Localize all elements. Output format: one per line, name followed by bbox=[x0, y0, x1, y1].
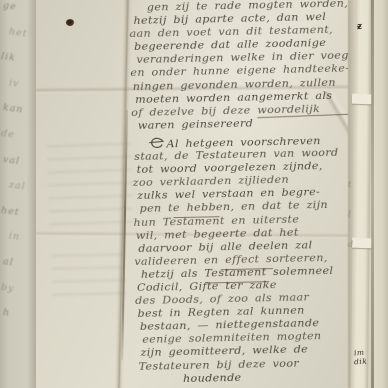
photo-of-handwritten-document: gehetlikivkandevalzalhetinalbyh gen zij … bbox=[0, 0, 388, 388]
handwriting-fragment: t bbox=[348, 180, 356, 210]
handwriting-fragment: het bbox=[0, 205, 37, 235]
paper-strip bbox=[374, 0, 388, 388]
adjacent-page-left: gehetlikivkandevalzalhetinalbyh bbox=[0, 0, 38, 388]
paragraph-2: Al hetgeen voorschreven staat, de Testat… bbox=[134, 133, 374, 387]
handwriting-fragment: dik bbox=[354, 357, 368, 367]
ink-blot bbox=[65, 18, 75, 27]
handwriting-fragment: zal bbox=[7, 180, 38, 209]
handwriting-fragment: h bbox=[1, 307, 38, 337]
handwriting-fragment: al bbox=[1, 256, 38, 286]
left-page-writing-fragments: gehetlikivkandevalzalhetinalbyh bbox=[2, 2, 36, 335]
marginal-marks-bottom: imdik bbox=[354, 348, 367, 366]
handwriting-fragment: d bbox=[348, 240, 356, 270]
handwriting-fragment: ge bbox=[1, 0, 38, 30]
handwriting-fragment: het bbox=[7, 26, 38, 55]
paragraph-2-lines: staat, de Testateuren van woordtot woord… bbox=[134, 146, 374, 387]
paragraph-1: gen zij te rade mogten worden,hetzij bij… bbox=[131, 0, 369, 133]
handwriting-fragment: l bbox=[348, 210, 356, 240]
manuscript-page: gen zij te rade mogten worden,hetzij bij… bbox=[36, 0, 354, 388]
handwritten-text: gen zij te rade mogten worden,hetzij bij… bbox=[131, 0, 374, 387]
ink-bleed-through bbox=[52, 249, 127, 302]
handwriting-fragment: in bbox=[7, 231, 38, 260]
handwriting-fragment: de bbox=[0, 128, 37, 158]
handwriting-fragment: lik bbox=[0, 51, 37, 81]
handwriting-fragment: iv bbox=[7, 77, 38, 106]
ink-bleed-through bbox=[47, 139, 134, 227]
paper-stack-right: tld z imdik bbox=[348, 0, 388, 388]
right-edge-fragments: tld bbox=[348, 180, 356, 270]
handwriting-fragment: val bbox=[1, 154, 38, 184]
paper-tear bbox=[352, 94, 372, 105]
